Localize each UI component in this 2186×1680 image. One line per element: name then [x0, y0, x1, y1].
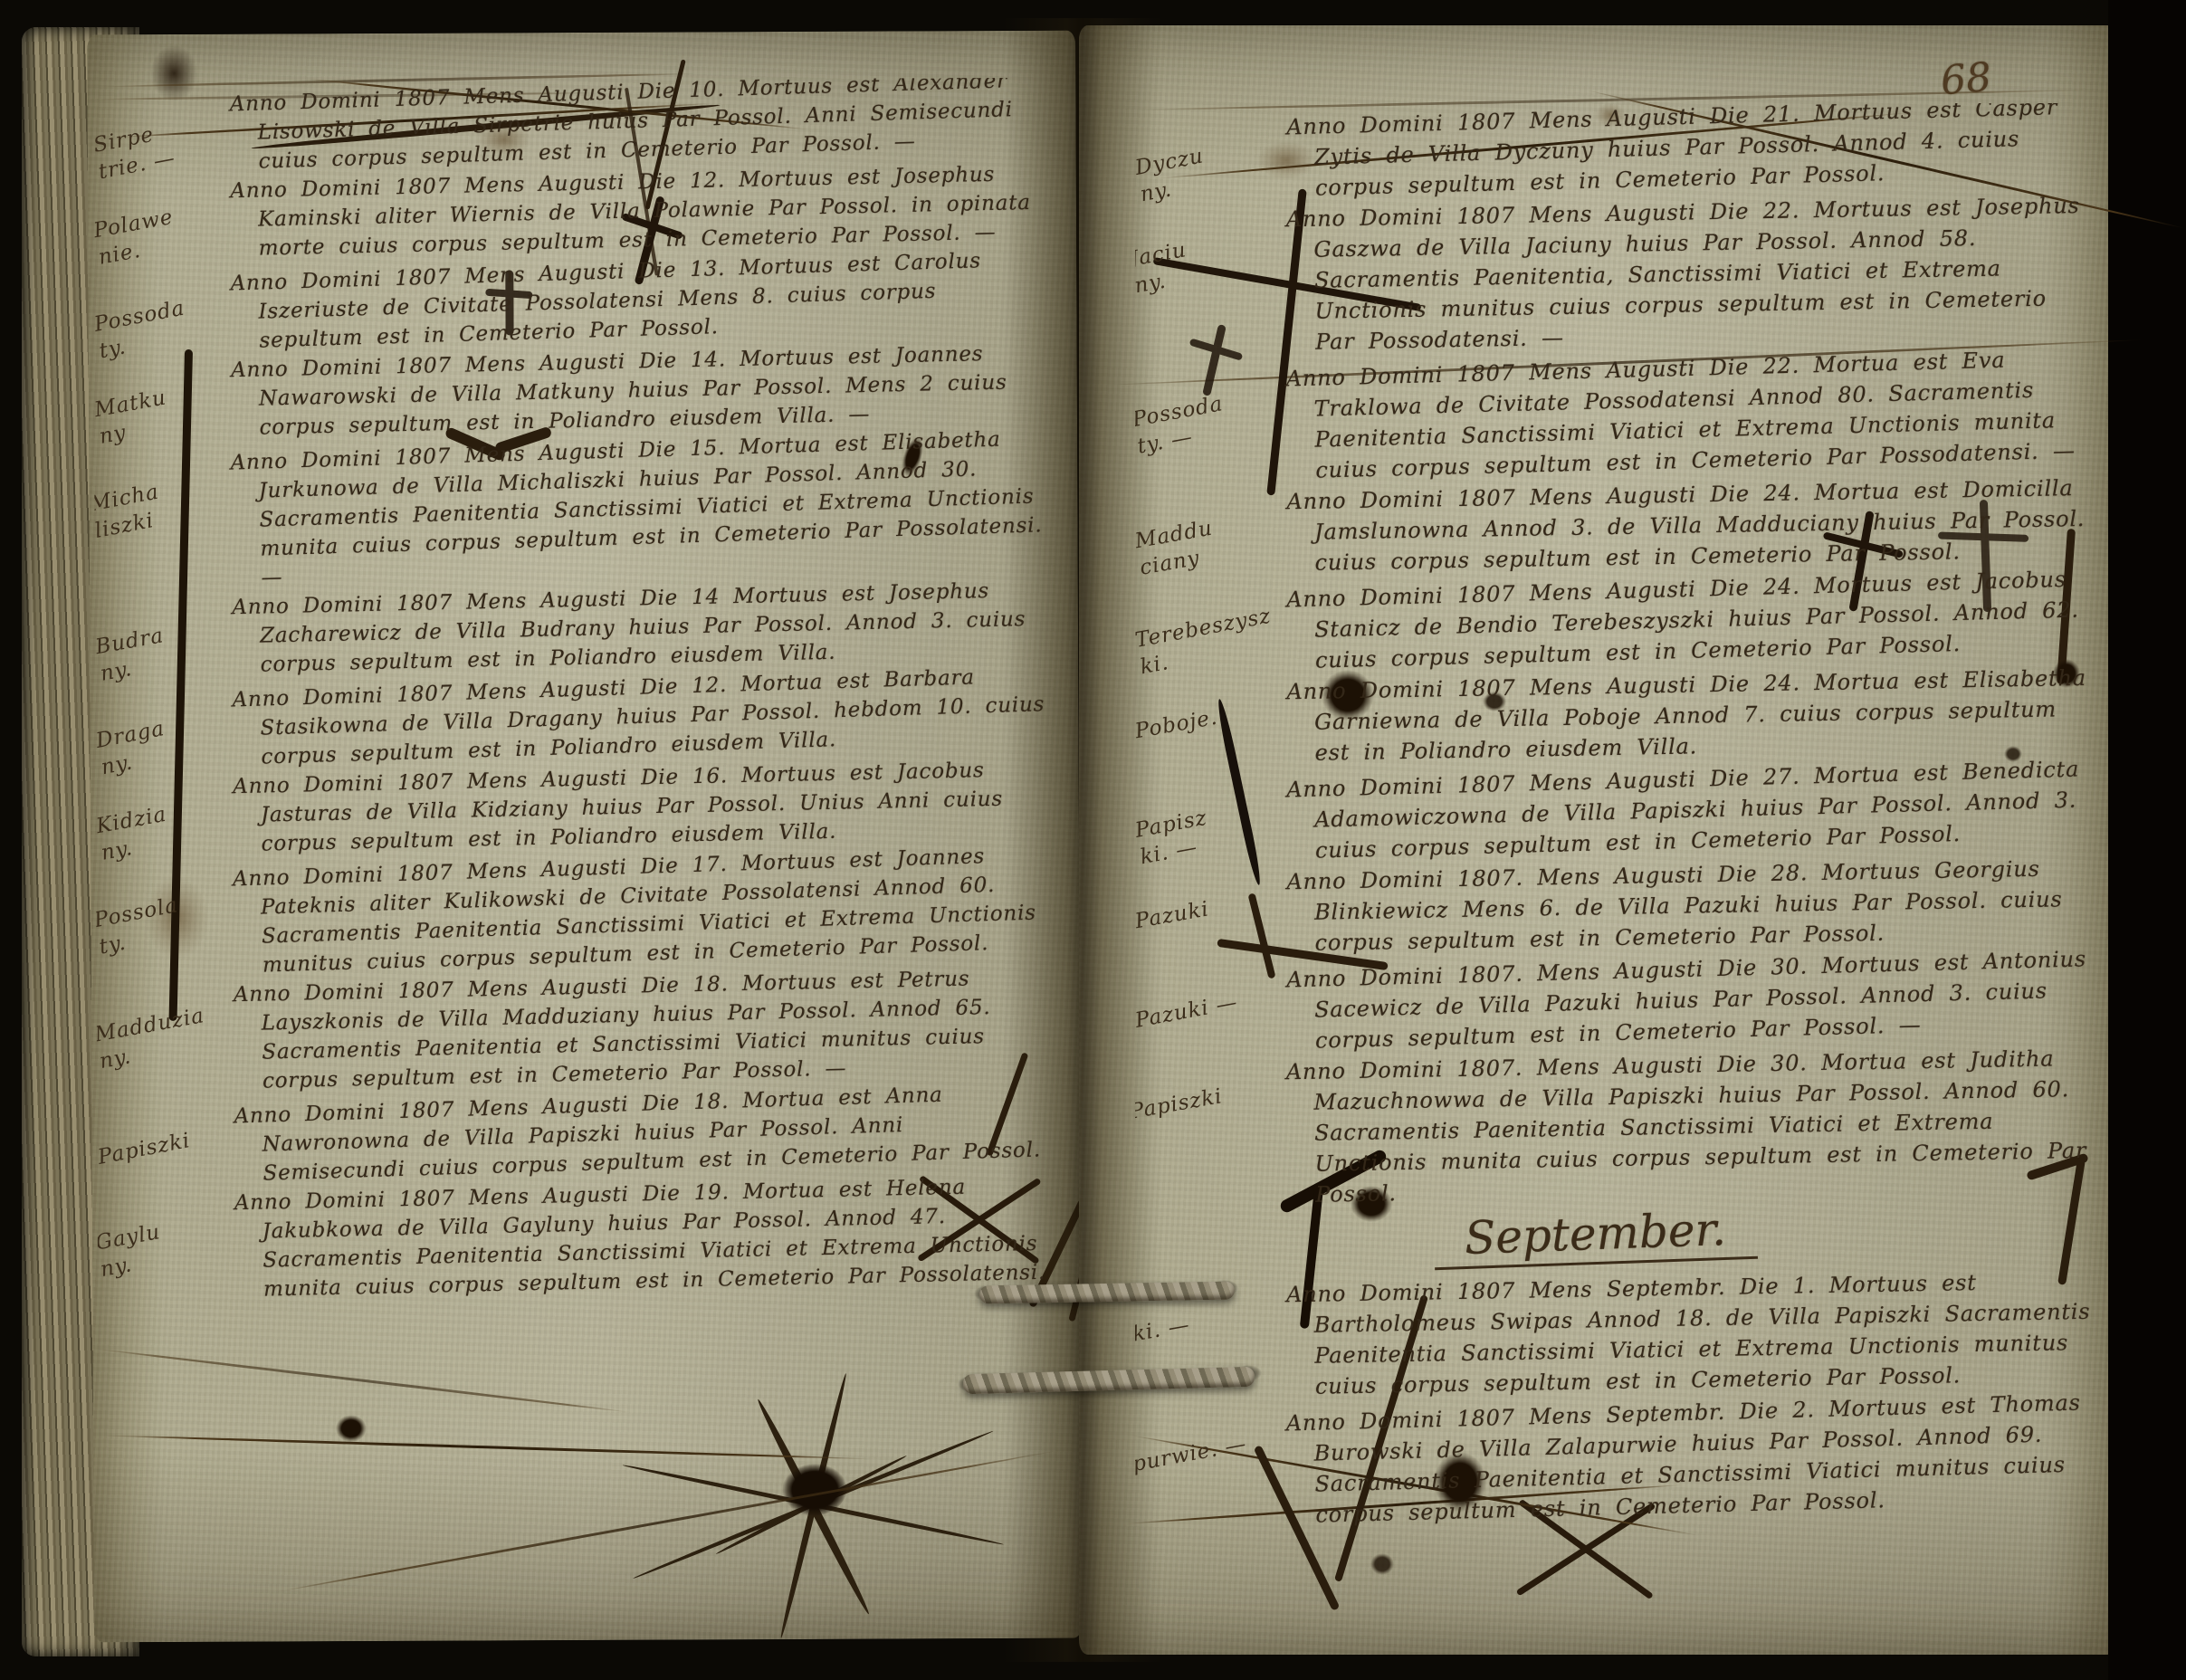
margin-place-label: Madduzia ny. [92, 970, 243, 1109]
register-entry: Terebeszysz ki.Anno Domini 1807 Mens Aug… [1135, 563, 2093, 681]
register-entry: Poboje.Anno Domini 1807 Mens Augusti Die… [1135, 663, 2093, 771]
book-cover-edge [2108, 0, 2186, 1680]
entry-text: Anno Domini 1807. Mens Augusti Die 28. M… [1286, 853, 2093, 959]
right-page: 68 [1079, 25, 2116, 1655]
register-entry: Micha liszkiAnno Domini 1807 Mens August… [92, 424, 1052, 597]
entry-text: Anno Domini 1807 Mens Septembr. Die 1. M… [1286, 1265, 2093, 1403]
register-book-photo: Sirpe trie. —Anno Domini 1807 Mens Augus… [0, 0, 2186, 1680]
register-entry: Pazuki —Anno Domini 1807. Mens Augusti D… [1135, 943, 2093, 1061]
entry-text: Anno Domini 1807 Mens Augusti Die 24. Mo… [1286, 663, 2093, 769]
entry-text: Anno Domini 1807 Mens Augusti Die 15. Mo… [230, 424, 1052, 594]
entry-text: Anno Domini 1807. Mens Augusti Die 30. M… [1286, 943, 2093, 1056]
entry-text: Anno Domini 1807 Mens Augusti Die 18. Mo… [234, 963, 1055, 1097]
entry-text: Anno Domini 1807 Mens Augusti Die 12. Mo… [232, 661, 1053, 773]
margin-place-label: Papiszki [1135, 1045, 1300, 1224]
entry-text: Anno Domini 1807 Mens Augusti Die 19. Mo… [234, 1171, 1055, 1305]
burial-entries-august-left: Sirpe trie. —Anno Domini 1807 Mens Augus… [92, 78, 1055, 1531]
register-entry: Jaciu ny.Anno Domini 1807 Mens Augusti D… [1135, 190, 2093, 360]
register-entry: PapiszkiAnno Domini 1807. Mens Augusti D… [1135, 1043, 2093, 1213]
register-entry: Papisz ki. —Anno Domini 1807 Mens August… [1135, 753, 2093, 871]
entry-text: Anno Domini 1807 Mens Augusti Die 22. Mo… [1286, 190, 2093, 358]
burial-entries-right: Dyczu ny.Anno Domini 1807 Mens Augusti D… [1135, 103, 2093, 1588]
register-entry: Madduzia ny.Anno Domini 1807 Mens August… [96, 963, 1055, 1100]
register-entry: Possoda ty. —Anno Domini 1807 Mens Augus… [1135, 342, 2093, 491]
register-entry: purwie. —Anno Domini 1807 Mens Septembr.… [1135, 1387, 2093, 1535]
entry-text: Anno Domini 1807 Mens Augusti Die 21. Mo… [1286, 103, 2093, 204]
entry-text: Anno Domini 1807 Mens Augusti Die 18. Mo… [234, 1077, 1055, 1189]
entry-text: Anno Domini 1807 Mens Augusti Die 17. Mo… [233, 840, 1054, 981]
entry-text: Anno Domini 1807 Mens Augusti Die 27. Mo… [1286, 753, 2093, 866]
entry-text: Anno Domini 1807 Mens Septembr. Die 2. M… [1285, 1387, 2093, 1531]
september-section-heading: September. [1433, 1202, 1758, 1270]
register-entry: Possola ty.Anno Domini 1807 Mens Augusti… [95, 840, 1054, 985]
left-page: Sirpe trie. —Anno Domini 1807 Mens Augus… [87, 31, 1083, 1643]
margin-place-label: Jaciu ny. [1135, 193, 1300, 371]
page-number: 68 [1939, 54, 1993, 105]
margin-place-label: Gaylu ny. [92, 1179, 244, 1317]
entry-text: Anno Domini 1807 Mens Augusti Die 13. Mo… [230, 244, 1051, 357]
entry-text: Anno Domini 1807 Mens Augusti Die 22. Mo… [1285, 342, 2093, 486]
register-entry: Maddu cianyAnno Domini 1807 Mens Augusti… [1135, 472, 2093, 581]
margin-place-label: Micha liszki [92, 439, 244, 607]
entry-text: Anno Domini 1807 Mens Augusti Die 24. Mo… [1286, 472, 2093, 579]
register-entry: PazukiAnno Domini 1807. Mens Augusti Die… [1135, 853, 2093, 961]
entry-text: Anno Domini 1807. Mens Augusti Die 30. M… [1286, 1043, 2093, 1211]
register-entry: Gaylu ny.Anno Domini 1807 Mens Augusti D… [97, 1171, 1055, 1308]
margin-place-label: purwie. — [1135, 1397, 1297, 1545]
register-entry: ki. —Anno Domini 1807 Mens Septembr. Die… [1135, 1265, 2093, 1405]
entry-text: Anno Domini 1807 Mens Augusti Die 24. Mo… [1286, 563, 2093, 676]
